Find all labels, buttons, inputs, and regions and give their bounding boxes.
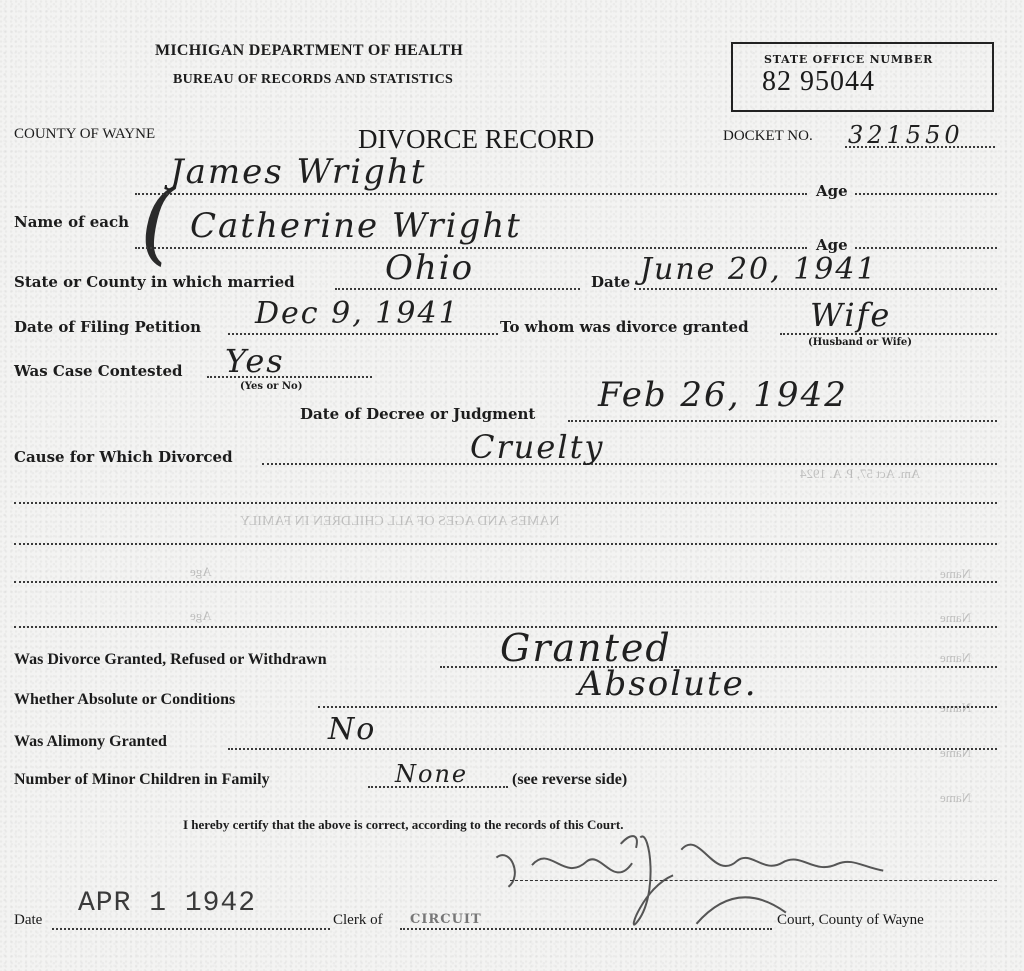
minor-children-hint: (see reverse side): [512, 771, 627, 789]
decree-date-value[interactable]: Feb 26, 1942: [598, 375, 848, 415]
county-label: COUNTY OF WAYNE: [14, 126, 155, 143]
granted-to-value[interactable]: Wife: [810, 296, 891, 334]
contested-hint: (Yes or No): [240, 381, 302, 392]
decree-date-line: [568, 420, 997, 422]
married-place-label: State or County in which married: [14, 273, 295, 291]
name-label: Name of each: [14, 213, 129, 231]
date-stamp[interactable]: APR 1 1942: [78, 888, 256, 919]
absolute-label: Whether Absolute or Conditions: [14, 691, 235, 709]
docket-label: DOCKET NO.: [723, 128, 813, 145]
bleed-act-reference: Am. Act 57, P. A. 1924: [800, 466, 920, 482]
cause-value[interactable]: Cruelty: [470, 428, 605, 466]
age-1-line: [855, 193, 997, 195]
bleed-name-3: Name: [940, 650, 971, 666]
age-2-line: [855, 247, 997, 249]
filing-date-line: [228, 333, 498, 335]
certification-statement: I hereby certify that the above is corre…: [183, 817, 623, 833]
alimony-value[interactable]: No: [328, 712, 376, 747]
signature-line: [510, 880, 997, 881]
department-heading: MICHIGAN DEPARTMENT OF HEALTH: [155, 42, 463, 60]
minor-children-value[interactable]: None: [395, 760, 468, 788]
married-date-label: Date: [591, 273, 630, 291]
contested-value[interactable]: Yes: [225, 342, 285, 380]
married-place-line: [335, 288, 580, 290]
court-type-stamp[interactable]: CIRCUIT: [410, 912, 482, 927]
bleed-name-6: Name: [940, 790, 971, 806]
alimony-line: [228, 748, 997, 750]
married-date-line: [634, 288, 997, 290]
blank-line-1: [14, 502, 997, 504]
document-title: DIVORCE RECORD: [358, 124, 594, 155]
minor-children-label: Number of Minor Children in Family: [14, 771, 270, 789]
age-1-label: Age: [816, 182, 848, 200]
married-place-value[interactable]: Ohio: [385, 248, 474, 288]
blank-line-3: [14, 581, 997, 583]
bleed-age-1: Age: [190, 564, 212, 580]
blank-line-2: [14, 543, 997, 545]
cause-line: [262, 463, 997, 465]
date-line: [52, 928, 330, 930]
name-2-value[interactable]: Catherine Wright: [190, 206, 522, 246]
bleed-name-4: Name: [940, 700, 971, 716]
state-office-label: STATE OFFICE NUMBER: [764, 53, 933, 66]
filing-date-value[interactable]: Dec 9, 1941: [255, 296, 460, 331]
married-date-value[interactable]: June 20, 1941: [640, 252, 878, 287]
name-1-line: [135, 193, 807, 195]
date-label: Date: [14, 912, 42, 929]
bleed-name-2: Name: [940, 610, 971, 626]
docket-number[interactable]: 321550: [848, 121, 964, 149]
cause-label: Cause for Which Divorced: [14, 448, 233, 466]
bureau-heading: BUREAU OF RECORDS AND STATISTICS: [173, 72, 453, 88]
clerk-label: Clerk of: [333, 912, 383, 929]
granted-to-hint: (Husband or Wife): [808, 337, 912, 348]
court-suffix: Court, County of Wayne: [777, 912, 924, 929]
name-1-value[interactable]: James Wright: [170, 152, 426, 192]
outcome-label: Was Divorce Granted, Refused or Withdraw…: [14, 651, 327, 669]
bleed-age-2: Age: [190, 608, 212, 624]
alimony-label: Was Alimony Granted: [14, 733, 167, 751]
granted-to-label: To whom was divorce granted: [500, 318, 749, 336]
bleed-children-heading: NAMES AND AGES OF ALL CHILDREN IN FAMILY: [240, 514, 559, 530]
bleed-name-1: Name: [940, 566, 971, 582]
absolute-line: [318, 706, 997, 708]
court-line: [400, 928, 772, 930]
absolute-value[interactable]: Absolute.: [578, 664, 758, 704]
state-office-number: 82 95044: [762, 66, 875, 98]
filing-date-label: Date of Filing Petition: [14, 318, 201, 336]
contested-label: Was Case Contested: [14, 362, 183, 380]
decree-date-label: Date of Decree or Judgment: [300, 405, 535, 423]
